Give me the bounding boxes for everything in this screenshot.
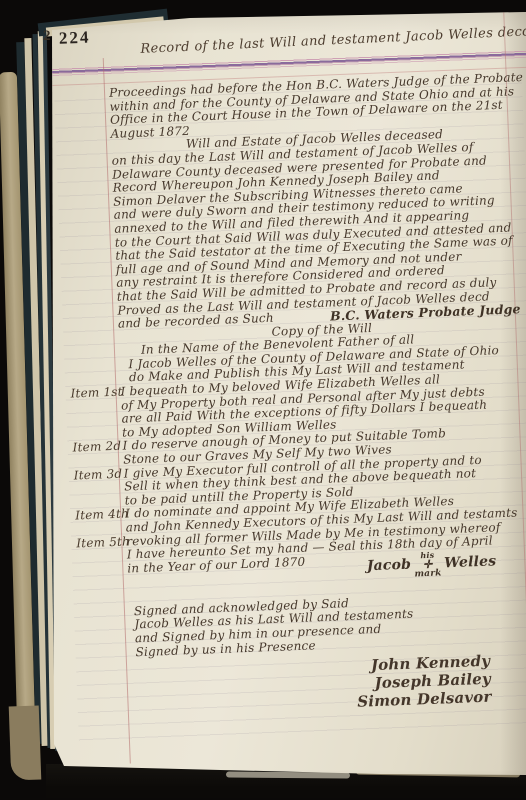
witness-signatures: John KennedyJoseph BaileySimon Delsavor <box>131 650 526 720</box>
testator-last-name: Welles <box>444 555 497 571</box>
page-number: 224 <box>59 28 91 49</box>
ledger-book-photo: 2 224 Record of the last Will and testam… <box>0 0 526 800</box>
under-page-number: 2 <box>43 28 51 45</box>
bottom-left-edge <box>9 705 42 780</box>
item-label: Item 1st <box>70 386 119 401</box>
item-label: Item 3d <box>73 467 122 482</box>
manuscript-text: in the Year of our Lord 1870 <box>127 555 306 590</box>
manuscript: Proceedings had before the Hon B.C. Wate… <box>54 71 526 721</box>
ledger-page: 224 Record of the last Will and testamen… <box>0 0 526 800</box>
testator-signature: Jacobhis✛markWelles <box>366 548 497 581</box>
item-label: Item 5th <box>76 535 125 550</box>
item-label: Item 4th <box>75 508 124 523</box>
page-content: 224 Record of the last Will and testamen… <box>52 22 526 781</box>
item-label: Item 2d <box>72 440 121 455</box>
mark-label: mark <box>414 569 441 579</box>
his-mark: his✛mark <box>414 550 442 579</box>
testator-first-name: Jacob <box>367 559 412 574</box>
